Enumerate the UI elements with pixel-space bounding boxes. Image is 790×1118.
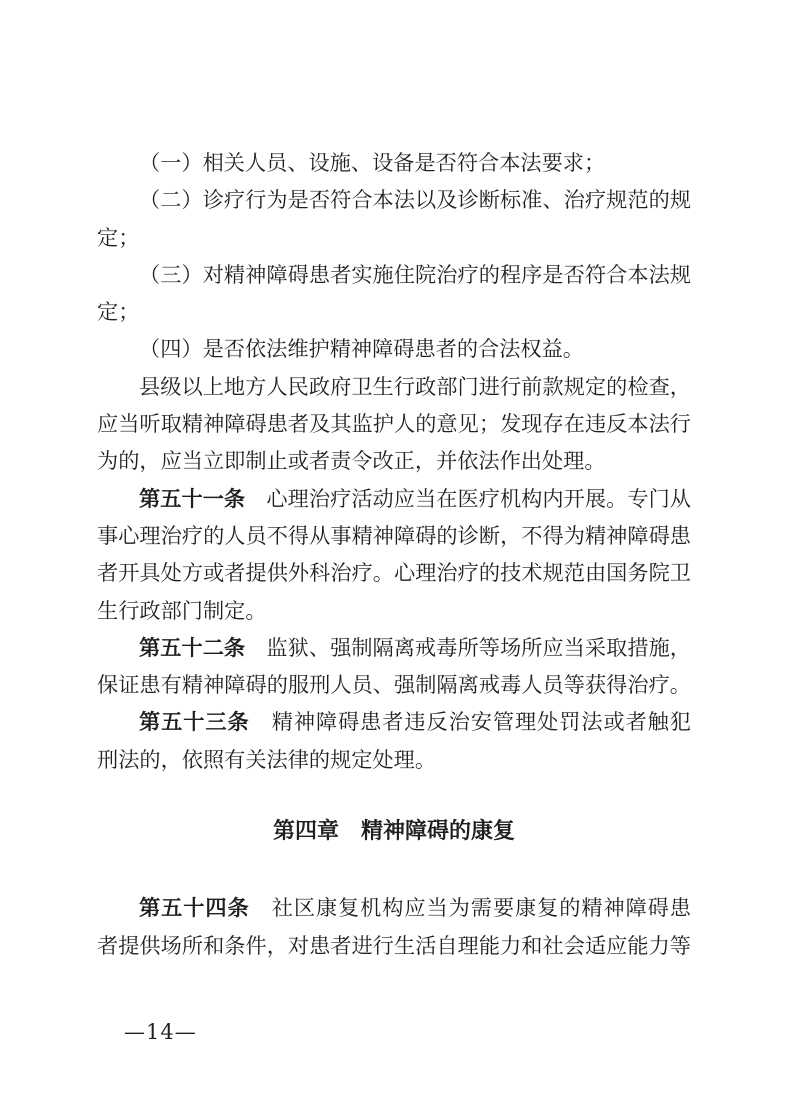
article-number: 第五十二条 (139, 635, 245, 660)
text-line: 刑法的，依照有关法律的规定处理。 (97, 741, 691, 778)
text-line: （四）是否依法维护精神障碍患者的合法权益。 (97, 330, 691, 367)
article-number: 第五十四条 (139, 895, 250, 920)
text-line: （二）诊疗行为是否符合本法以及诊断标准、治疗规范的规 (97, 181, 691, 218)
text-line: 定； (97, 293, 691, 330)
text-line: 者提供场所和条件，对患者进行生活自理能力和社会适应能力等 (97, 927, 691, 964)
text-line: 定； (97, 219, 691, 256)
text-line: 保证患有精神障碍的服刑人员、强制隔离戒毒人员等获得治疗。 (97, 666, 691, 703)
text-line: 事心理治疗的人员不得从事精神障碍的诊断，不得为精神障碍患 (97, 517, 691, 554)
text-line: 为的，应当立即制止或者责令改正，并依法作出处理。 (97, 442, 691, 479)
text-line: 生行政部门制定。 (97, 592, 691, 629)
page-number: —14— (124, 1014, 197, 1051)
article-line: 第五十四条 社区康复机构应当为需要康复的精神障碍患 (97, 889, 691, 926)
scanned-document-page: （一）相关人员、设施、设备是否符合本法要求；（二）诊疗行为是否符合本法以及诊断标… (0, 0, 790, 1118)
text-line: （一）相关人员、设施、设备是否符合本法要求； (97, 144, 691, 181)
law-text-block: （一）相关人员、设施、设备是否符合本法要求；（二）诊疗行为是否符合本法以及诊断标… (97, 144, 691, 964)
text-line: 应当听取精神障碍患者及其监护人的意见；发现存在违反本法行 (97, 405, 691, 442)
text-line: （三）对精神障碍患者实施住院治疗的程序是否符合本法规 (97, 256, 691, 293)
article-number: 第五十一条 (139, 486, 245, 511)
text-line: 者开具处方或者提供外科治疗。心理治疗的技术规范由国务院卫 (97, 554, 691, 591)
text-line: 县级以上地方人民政府卫生行政部门进行前款规定的检查， (97, 368, 691, 405)
chapter-heading: 第四章 精神障碍的康复 (97, 813, 691, 850)
article-line: 第五十一条 心理治疗活动应当在医疗机构内开展。专门从 (97, 480, 691, 517)
article-line: 第五十三条 精神障碍患者违反治安管理处罚法或者触犯 (97, 703, 691, 740)
article-line: 第五十二条 监狱、强制隔离戒毒所等场所应当采取措施， (97, 629, 691, 666)
article-number: 第五十三条 (139, 709, 250, 734)
